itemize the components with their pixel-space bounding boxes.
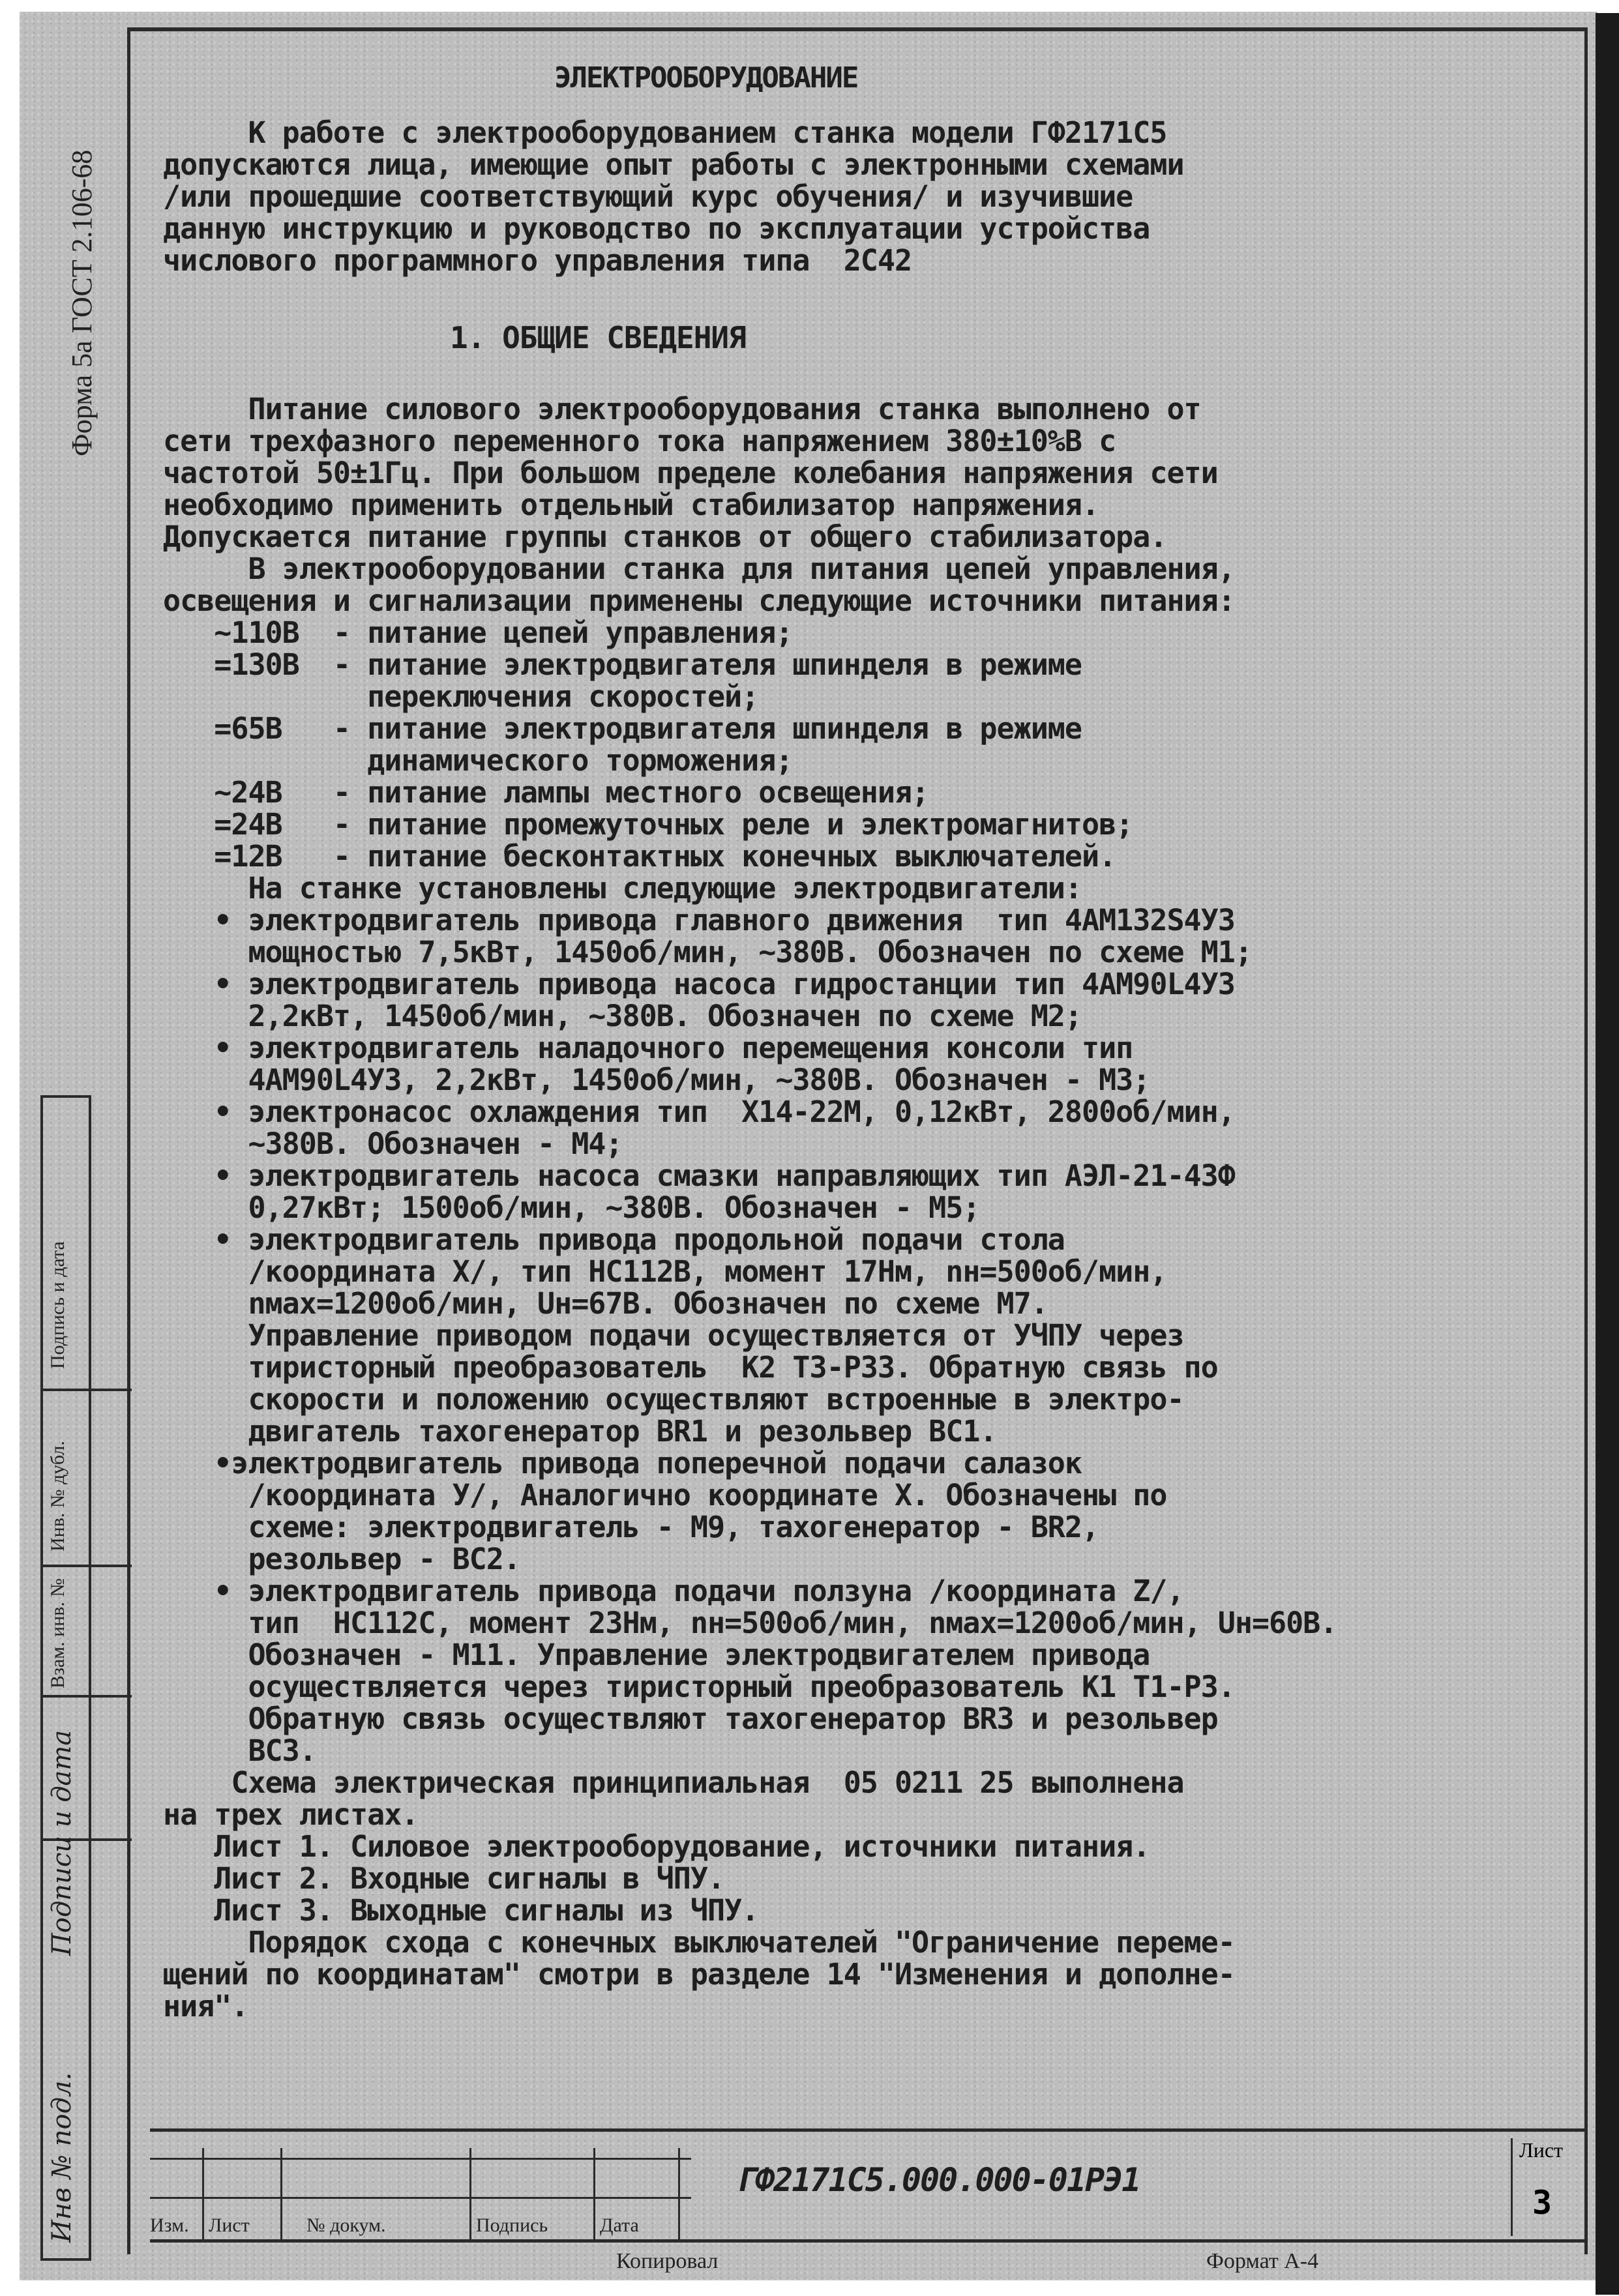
intro-paragraph: К работе с электрооборудованием станка м… <box>163 117 1565 276</box>
form-label: Форма 5а ГОСТ 2.106-68 <box>65 150 98 456</box>
power-source-item: переключения скоростей; <box>163 681 1565 713</box>
motor-item: схеме: электродвигатель - М9, тахогенера… <box>163 1511 1565 1543</box>
text-line: ния". <box>163 1990 1565 2022</box>
text-line: Лист 1. Силовое электрооборудование, ист… <box>163 1831 1565 1862</box>
motor-item: мощностью 7,5кВт, 1450об/мин, ~380В. Обо… <box>163 936 1565 968</box>
motor-item: осуществляется через тиристорный преобра… <box>163 1671 1565 1703</box>
motor-item: /координата Х/, тип НС112В, момент 17Нм,… <box>163 1256 1565 1288</box>
scan-edge-shadow <box>1596 13 1619 2295</box>
motor-item: 2,2кВт, 1450об/мин, ~380В. Обозначен по … <box>163 1000 1565 1032</box>
document-body: ЭЛЕКТРООБОРУДОВАНИЕ К работе с электрооб… <box>163 62 1565 2022</box>
motor-item: • электродвигатель наладочного перемещен… <box>163 1032 1565 1064</box>
stamp-divider <box>40 1565 132 1567</box>
title-block-col-line <box>280 2148 282 2239</box>
title-block-row-line <box>150 2158 691 2160</box>
text-line: на трех листах. <box>163 1799 1565 1831</box>
title-block-col-line <box>593 2148 595 2239</box>
motor-item: • электродвигатель привода продольной по… <box>163 1224 1565 1256</box>
handwritten-signature-date: Подписи и дата <box>47 1730 77 1956</box>
power-source-item: =12В - питание бесконтактных конечных вы… <box>163 840 1565 872</box>
motor-item: • электродвигатель насоса смазки направл… <box>163 1160 1565 1192</box>
col-label-doc-number: № докум. <box>306 2215 386 2237</box>
motor-item: Обратную связь осуществляют тахогенерато… <box>163 1703 1565 1735</box>
motor-item: резольвер - ВС2. <box>163 1543 1565 1575</box>
power-source-item: ~24В - питание лампы местного освещения; <box>163 776 1565 808</box>
document-code: ГФ2171С5.000.000-01РЭ1 <box>737 2161 1140 2199</box>
col-label-sheet: Лист <box>209 2215 250 2237</box>
motor-item: тип НС112С, момент 23Нм, nн=500об/мин, n… <box>163 1607 1565 1639</box>
stamp-divider <box>40 1389 132 1391</box>
motor-item: скорости и положению осуществляют встрое… <box>163 1383 1565 1415</box>
text-line: щений по координатам" смотри в разделе 1… <box>163 1958 1565 1990</box>
motor-item: • электронасос охлаждения тип Х14-22М, 0… <box>163 1096 1565 1128</box>
text-line: допускаются лица, имеющие опыт работы с … <box>163 149 1565 181</box>
motor-item: тиристорный преобразователь К2 Т3-Р33. О… <box>163 1351 1565 1383</box>
stamp-divider <box>40 1695 132 1698</box>
power-source-item: =130В - питание электродвигателя шпиндел… <box>163 649 1565 681</box>
scheme-paragraph: Схема электрическая принципиальная 05 02… <box>163 1767 1565 2022</box>
page-title: ЭЛЕКТРООБОРУДОВАНИЕ <box>163 62 1565 94</box>
text-line: частотой 50±1Гц. При большом пределе кол… <box>163 457 1565 489</box>
power-source-item: ~110В - питание цепей управления; <box>163 617 1565 649</box>
text-line: Допускается питание группы станков от об… <box>163 521 1565 553</box>
power-source-item: динамического торможения; <box>163 744 1565 776</box>
motor-item: •электродвигатель привода поперечной под… <box>163 1447 1565 1479</box>
col-label-date: Дата <box>600 2215 639 2237</box>
text-line: данную инструкцию и руководство по экспл… <box>163 213 1565 244</box>
sheet-number: 3 <box>1532 2184 1552 2222</box>
text-line: Порядок схода с конечных выключателей "О… <box>163 1926 1565 1958</box>
sheet-number-box: Лист 3 <box>1511 2138 1584 2236</box>
text-line: Питание силового электрооборудования ста… <box>163 393 1565 425</box>
motor-item: • электродвигатель привода главного движ… <box>163 904 1565 936</box>
power-source-item: =65В - питание электродвигателя шпинделя… <box>163 713 1565 744</box>
text-line: Лист 2. Входные сигналы в ЧПУ. <box>163 1862 1565 1894</box>
section-title: 1. ОБЩИЕ СВЕДЕНИЯ <box>163 322 1565 354</box>
power-source-item: =24В - питание промежуточных реле и элек… <box>163 808 1565 840</box>
text-line: Лист 3. Выходные сигналы из ЧПУ. <box>163 1894 1565 1926</box>
text-line: сети трехфазного переменного тока напряж… <box>163 425 1565 457</box>
motor-item: ~380В. Обозначен - М4; <box>163 1128 1565 1160</box>
title-block-col-line <box>678 2148 680 2239</box>
motor-item: • электродвигатель привода насоса гидрос… <box>163 968 1565 1000</box>
motor-item: Обозначен - М11. Управление электродвига… <box>163 1639 1565 1671</box>
motor-item: Управление приводом подачи осуществляетс… <box>163 1319 1565 1351</box>
title-block-row-line <box>150 2197 691 2199</box>
motors-intro: На станке установлены следующие электрод… <box>163 872 1565 904</box>
motor-item: 4АМ90L4У3, 2,2кВт, 1450об/мин, ~380В. Об… <box>163 1064 1565 1096</box>
format-label: Формат А-4 <box>1206 2249 1318 2274</box>
text-line: Схема электрическая принципиальная 05 02… <box>163 1767 1565 1799</box>
title-block-col-line <box>469 2148 471 2239</box>
power-supply-paragraph: Питание силового электрооборудования ста… <box>163 393 1565 617</box>
col-label-change: Изм. <box>150 2215 189 2237</box>
text-line: необходимо применить отдельный стабилиза… <box>163 489 1565 521</box>
motor-item: • электродвигатель привода подачи ползун… <box>163 1575 1565 1607</box>
text-line: К работе с электрооборудованием станка м… <box>163 117 1565 149</box>
power-sources-list: ~110В - питание цепей управления; =130В … <box>163 617 1565 872</box>
stamp-label-dup-inv: Инв. № дубл. <box>47 1441 69 1552</box>
motor-item: двигатель тахогенератор BR1 и резольвер … <box>163 1415 1565 1447</box>
text-line: В электрооборудовании станка для питания… <box>163 553 1565 585</box>
motor-item: nмах=1200об/мин, Uн=67В. Обозначен по сх… <box>163 1288 1565 1319</box>
sheet-label: Лист <box>1519 2138 1563 2162</box>
title-block: Изм. Лист № докум. Подпись Дата ГФ2171С5… <box>150 2128 1584 2243</box>
motor-item: ВС3. <box>163 1735 1565 1767</box>
stamp-label-repl-inv: Взам. инв. № <box>47 1578 69 1688</box>
col-label-signature: Подпись <box>476 2215 548 2237</box>
motor-item: /координата У/, Аналогично координате Х.… <box>163 1479 1565 1511</box>
title-block-col-line <box>202 2148 204 2239</box>
stamp-label-signature-date: Подпись и дата <box>47 1241 69 1369</box>
motor-item: 0,27кВт; 1500об/мин, ~380В. Обозначен - … <box>163 1192 1565 1224</box>
copied-by-label: Копировал <box>616 2249 718 2274</box>
text-line: числового программного управления типа 2… <box>163 244 1565 276</box>
handwritten-inv-number: Инв № подл. <box>47 2072 77 2243</box>
motors-list: • электродвигатель привода главного движ… <box>163 904 1565 1767</box>
text-line: освещения и сигнализации применены следу… <box>163 585 1565 617</box>
text-line: /или прошедшие соответствующий курс обуч… <box>163 181 1565 213</box>
